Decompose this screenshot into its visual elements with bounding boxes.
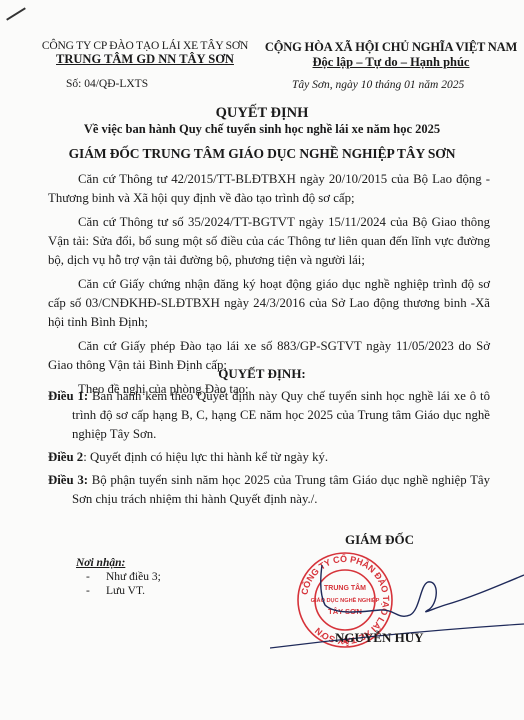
article-text: Bộ phận tuyển sinh năm học 2025 của Trun… [72, 473, 490, 506]
issuing-authority: GIÁM ĐỐC TRUNG TÂM GIÁO DỤC NGHỀ NGHIỆP … [0, 146, 524, 162]
recipients: Nơi nhận: -Như điều 3; -Lưu VT. [76, 556, 161, 598]
issuer-block: CÔNG TY CP ĐÀO TẠO LÁI XE TÂY SƠN TRUNG … [20, 40, 270, 67]
preamble-item: Căn cứ Thông tư 42/2015/TT-BLĐTBXH ngày … [48, 170, 490, 208]
nation-name: CỘNG HÒA XÃ HỘI CHỦ NGHĨA VIỆT NAM [258, 40, 524, 55]
bullet-dash: - [76, 584, 106, 598]
article-1: Điều 1: Ban hành kèm theo Quyết định này… [48, 387, 490, 444]
document-subtitle: Về việc ban hành Quy chế tuyển sinh học … [0, 122, 524, 137]
company-name: CÔNG TY CP ĐÀO TẠO LÁI XE TÂY SƠN [20, 40, 270, 52]
articles: Điều 1: Ban hành kèm theo Quyết định này… [48, 387, 490, 513]
article-text: Ban hành kèm theo Quyết định này Quy chế… [72, 389, 490, 441]
national-motto: Độc lập – Tự do – Hạnh phúc [258, 55, 524, 70]
center-name: TRUNG TÂM GD NN TÂY SƠN [20, 52, 270, 67]
article-3: Điều 3: Bộ phận tuyển sinh năm học 2025 … [48, 471, 490, 509]
recipient-item: -Như điều 3; [76, 570, 161, 584]
signer-name: NGUYỄN HUY [335, 630, 423, 646]
article-2: Điều 2: Quyết định có hiệu lực thi hành … [48, 448, 490, 467]
date-line: Tây Sơn, ngày 10 tháng 01 năm 2025 [292, 79, 464, 91]
article-label: Điều 3: [48, 473, 88, 487]
preamble-item: Căn cứ Giấy chứng nhận đăng ký hoạt động… [48, 275, 490, 332]
recipient-item: -Lưu VT. [76, 584, 161, 598]
article-label: Điều 2 [48, 450, 83, 464]
preamble-item: Căn cứ Thông tư số 35/2024/TT-BGTVT ngày… [48, 213, 490, 270]
scan-artifact-mark [6, 7, 26, 20]
document-title: QUYẾT ĐỊNH [0, 105, 524, 122]
article-label: Điều 1: [48, 389, 88, 403]
recipients-heading: Nơi nhận: [76, 556, 161, 570]
document-number: Số: 04/QĐ-LXTS [66, 78, 148, 90]
article-text: : Quyết định có hiệu lực thi hành kể từ … [83, 450, 328, 464]
signer-title: GIÁM ĐỐC [345, 532, 414, 548]
national-header: CỘNG HÒA XÃ HỘI CHỦ NGHĨA VIỆT NAM Độc l… [258, 40, 524, 70]
decision-heading: QUYẾT ĐỊNH: [0, 366, 524, 382]
bullet-dash: - [76, 570, 106, 584]
